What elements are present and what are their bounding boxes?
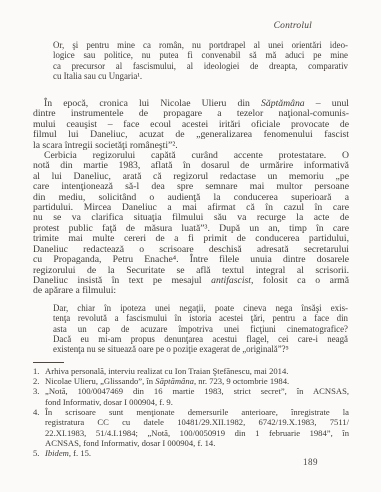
footnote-1: 1. Arhiva personală, interviu realizat c… [33,366,349,376]
footnote-separator [33,362,64,363]
body-paragraph-2: Cerbicia regizorului capătă curând accen… [33,151,349,297]
page-number: 189 [303,457,318,467]
body-text: În epocă, cronica lui Nicolae Ulieru din… [33,99,349,297]
footnote-2: 2. Nicolae Ulieru, „Glissando”, în Săptă… [33,376,349,386]
footnote-text: Arhiva personală, interviu realizat cu I… [45,366,349,376]
footnote-text: Nicolae Ulieru, „Glissando”, în Săptămân… [45,376,349,386]
footnote-number: 3. [33,386,45,407]
book-page: Controlul Or, şi pentru mine ca român, n… [0,0,381,492]
footnote-text: „Notă, 100/0047469 din 16 martie 1983, s… [45,386,349,407]
running-head: Controlul [274,21,312,31]
block-quote-2: Dar, chiar în ipoteza unei negaţii, poat… [53,303,348,355]
block-quote-1: Or, şi pentru mine ca român, nu portdrap… [53,40,348,81]
footnote-3: 3. „Notă, 100/0047469 din 16 martie 1983… [33,386,349,407]
footnote-number: 4. [33,407,45,448]
footnote-text: În scrisoare sunt menţionate demersurile… [45,407,349,448]
footnote-number: 1. [33,366,45,376]
body-paragraph-1: În epocă, cronica lui Nicolae Ulieru din… [33,99,349,151]
footnote-number: 2. [33,376,45,386]
footnote-number: 5. [33,448,45,458]
footnote-5: 5. Ibidem, f. 15. [33,448,349,458]
footnotes: 1. Arhiva personală, interviu realizat c… [33,366,349,459]
footnote-4: 4. În scrisoare sunt menţionate demersur… [33,407,349,448]
